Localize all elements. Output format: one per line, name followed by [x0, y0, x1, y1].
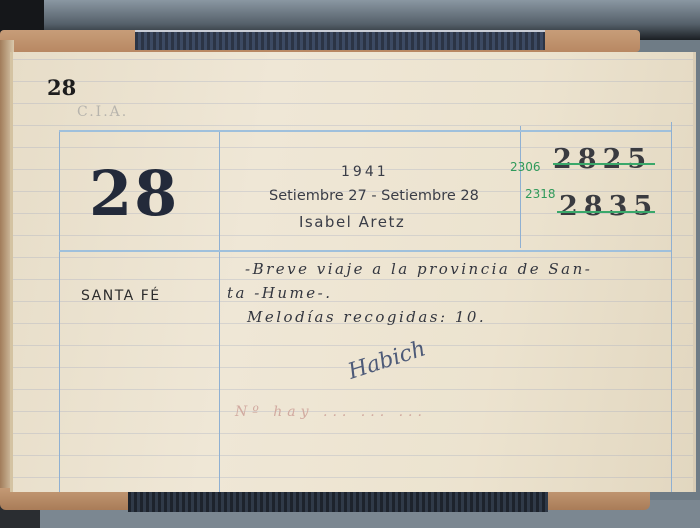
code-second-strikethrough — [557, 211, 655, 213]
grid-line-right — [520, 126, 521, 248]
code-second: 2835 — [559, 191, 658, 222]
notebook-spine-cloth-top — [135, 30, 545, 50]
code-first: 2825 — [553, 144, 652, 175]
stamp: C.I.A. — [77, 104, 128, 120]
grid-line-middle — [219, 130, 220, 492]
code-first-strikethrough — [553, 163, 655, 165]
entry-place: SANTA FÉ — [81, 288, 161, 304]
note-line-3: Melodías recogidas: 10. — [247, 308, 486, 326]
grid-line-header-bottom — [59, 250, 671, 252]
faded-text: Nº hay ... ... ... — [235, 404, 427, 420]
entry-number: 28 — [89, 157, 179, 230]
notebook-spine-cloth-bottom — [128, 490, 548, 512]
page-number: 28 — [47, 75, 76, 100]
note-line-2: ta -Hume-. — [227, 284, 333, 302]
grid-line-top — [59, 130, 671, 132]
entry-author: Isabel Aretz — [299, 213, 405, 231]
code-correction-1: 2306 — [510, 160, 541, 174]
note-line-1: -Breve viaje a la provincia de San- — [245, 260, 592, 278]
code-correction-2: 2318 — [525, 187, 556, 201]
entry-dates: Setiembre 27 - Setiembre 28 — [269, 188, 479, 204]
grid-line-left — [59, 130, 60, 492]
grid-line-far-right — [671, 122, 672, 492]
notebook-page: 28 C.I.A. 28 1941 Setiembre 27 - Setiemb… — [10, 52, 696, 492]
entry-year: 1941 — [341, 164, 389, 180]
